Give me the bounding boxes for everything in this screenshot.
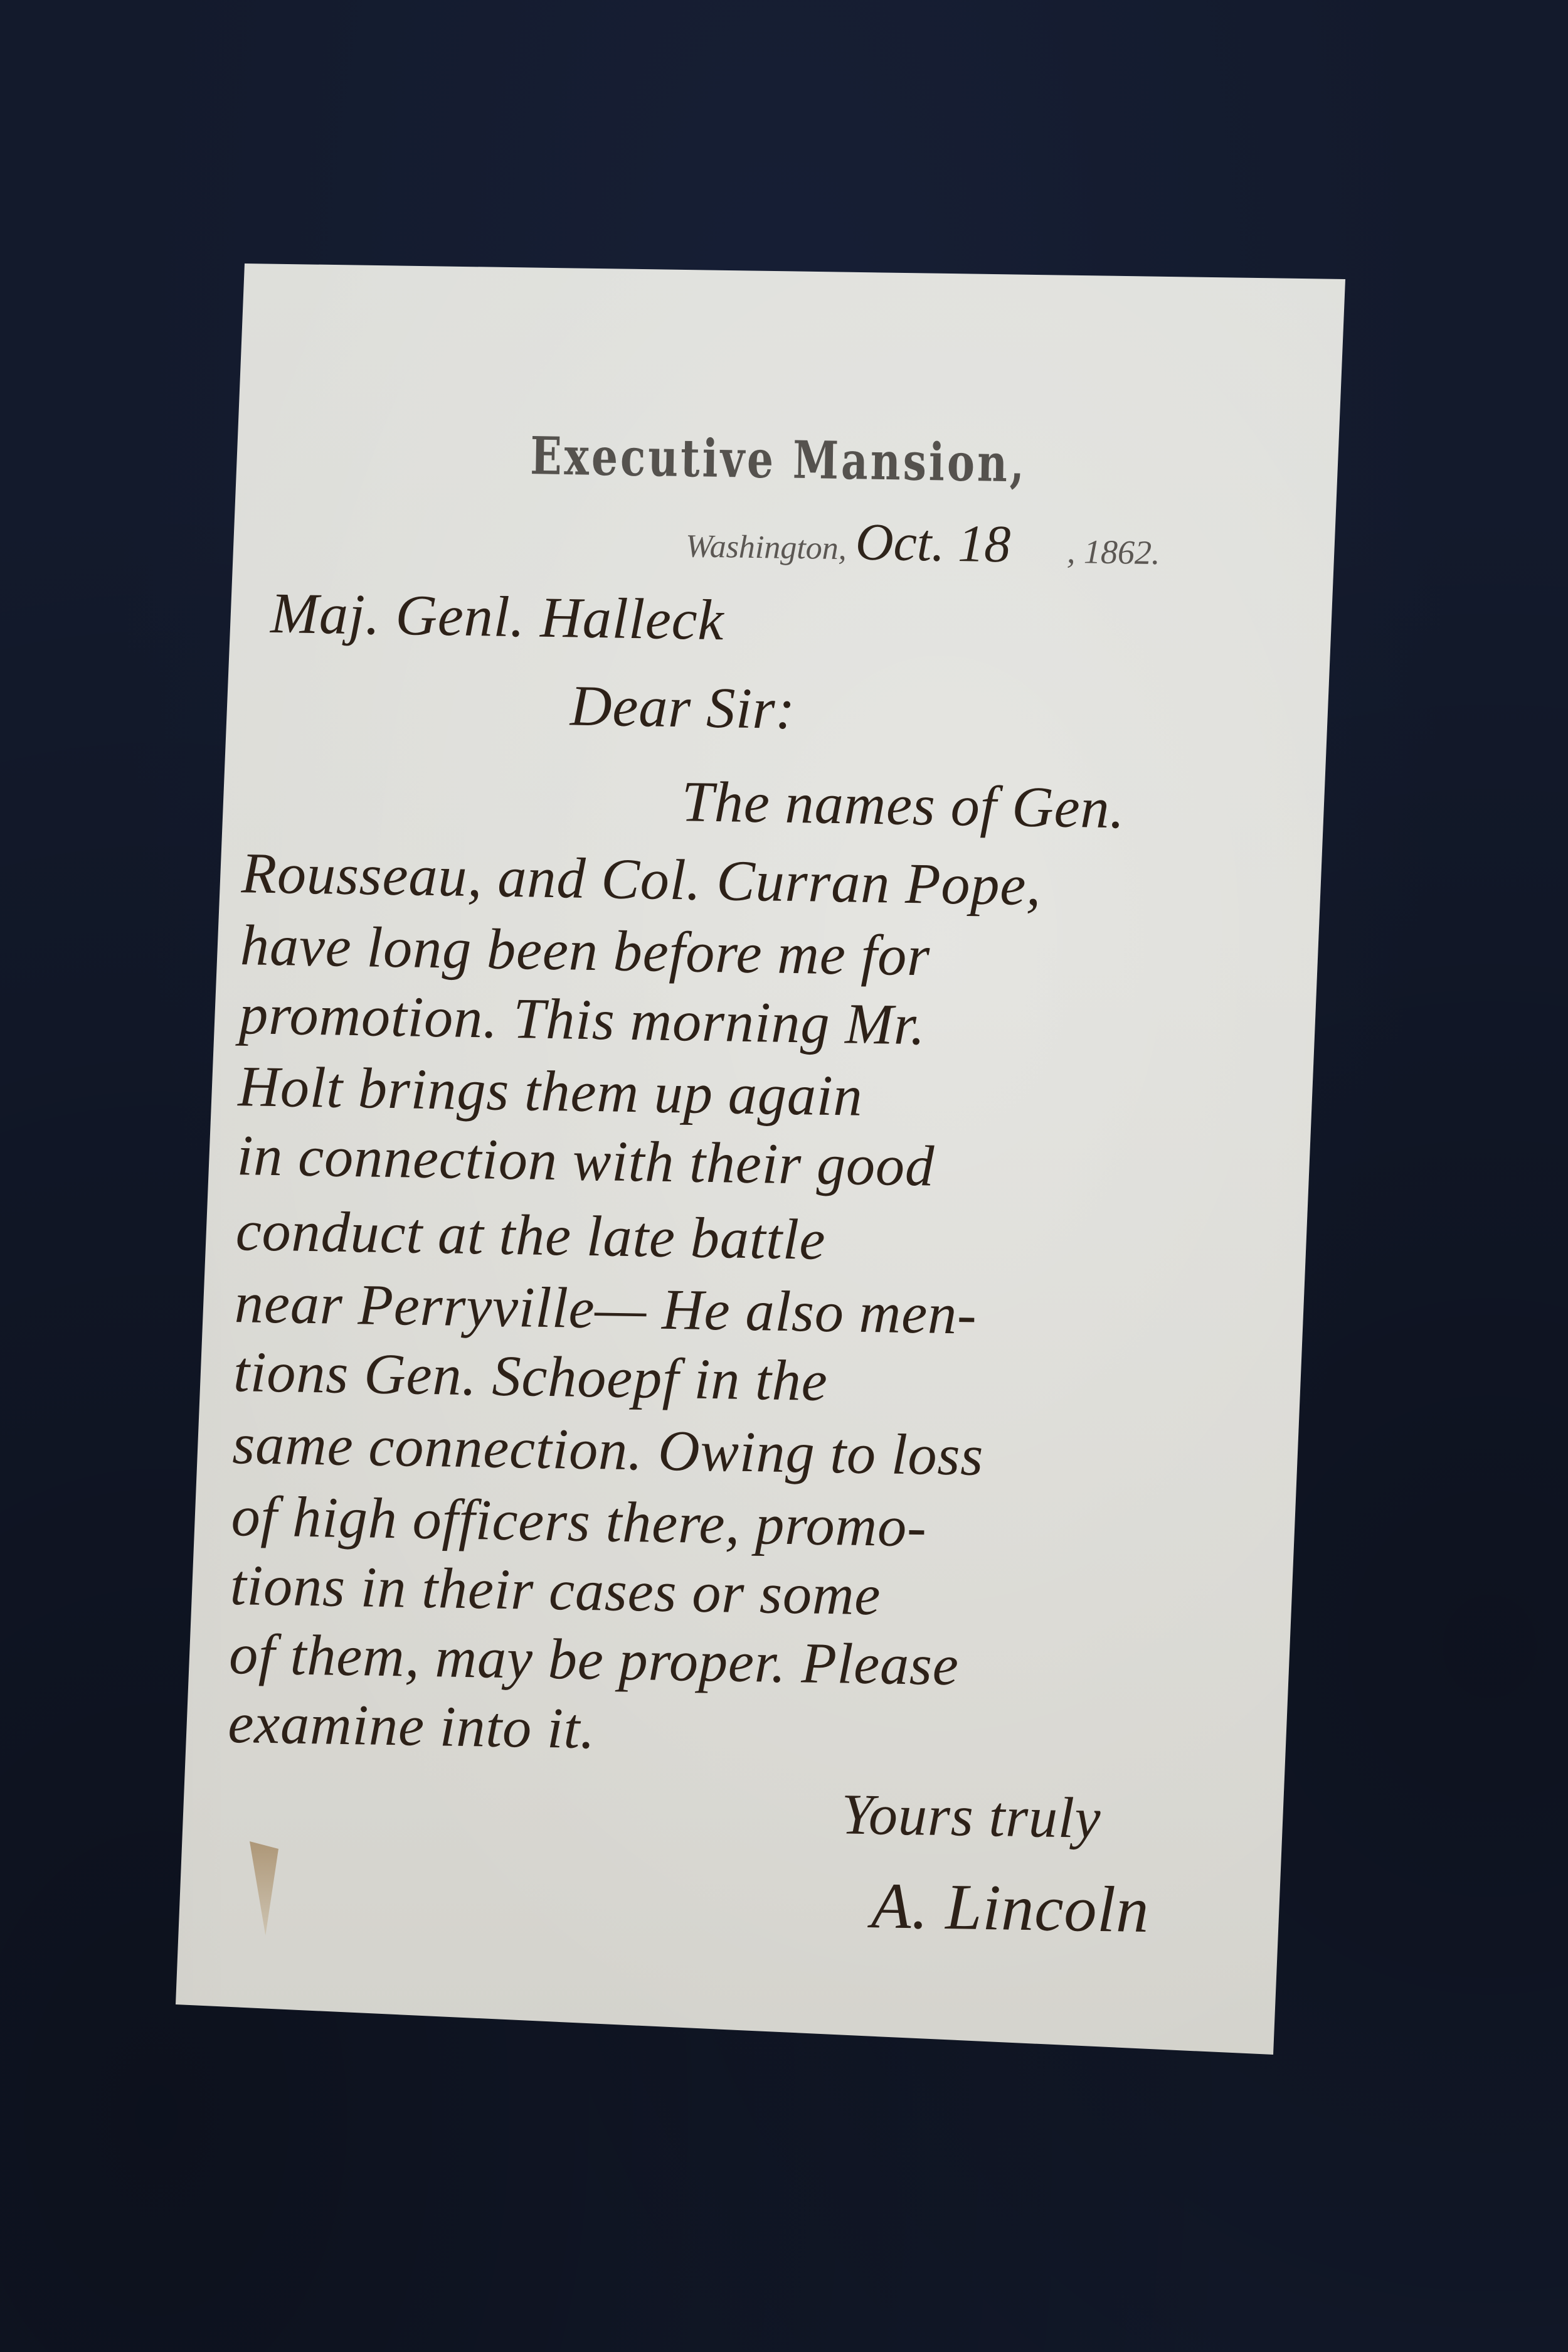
dateline-place: Washington, — [686, 528, 847, 567]
body-line: examine into it. — [228, 1694, 596, 1757]
body-line: same connection. Owing to loss — [232, 1415, 984, 1484]
dateline-date: Oct. 18 — [855, 513, 1011, 574]
body-line: The names of Gen. — [681, 772, 1125, 837]
salutation: Dear Sir: — [569, 676, 795, 738]
body-line: of them, may be proper. Please — [229, 1625, 960, 1694]
addressee: Maj. Genl. Halleck — [270, 584, 724, 649]
dateline: Washington,Oct. 18, 1862. — [686, 509, 1161, 577]
body-line: Holt brings them up again — [238, 1057, 863, 1125]
body-line: in connection with their good — [236, 1126, 935, 1195]
letter-content: Executive Mansion, Washington,Oct. 18, 1… — [211, 270, 1317, 2043]
body-line: tions in their cases or some — [230, 1556, 881, 1624]
closing: Yours truly — [841, 1785, 1101, 1846]
signature: A. Lincoln — [871, 1873, 1150, 1943]
body-line: promotion. This morning Mr. — [239, 985, 926, 1053]
body-line: of high officers there, promo- — [231, 1487, 927, 1555]
body-line: tions Gen. Schoepf in the — [233, 1343, 829, 1410]
body-line: conduct at the late battle — [235, 1201, 826, 1269]
letterhead-title: Executive Mansion, — [530, 425, 1027, 494]
body-line: near Perryville— He also men- — [234, 1274, 977, 1343]
body-line: Rousseau, and Col. Curran Pope, — [241, 844, 1042, 914]
body-line: have long been before me for — [240, 916, 930, 984]
dateline-year: , 1862. — [1067, 533, 1160, 572]
